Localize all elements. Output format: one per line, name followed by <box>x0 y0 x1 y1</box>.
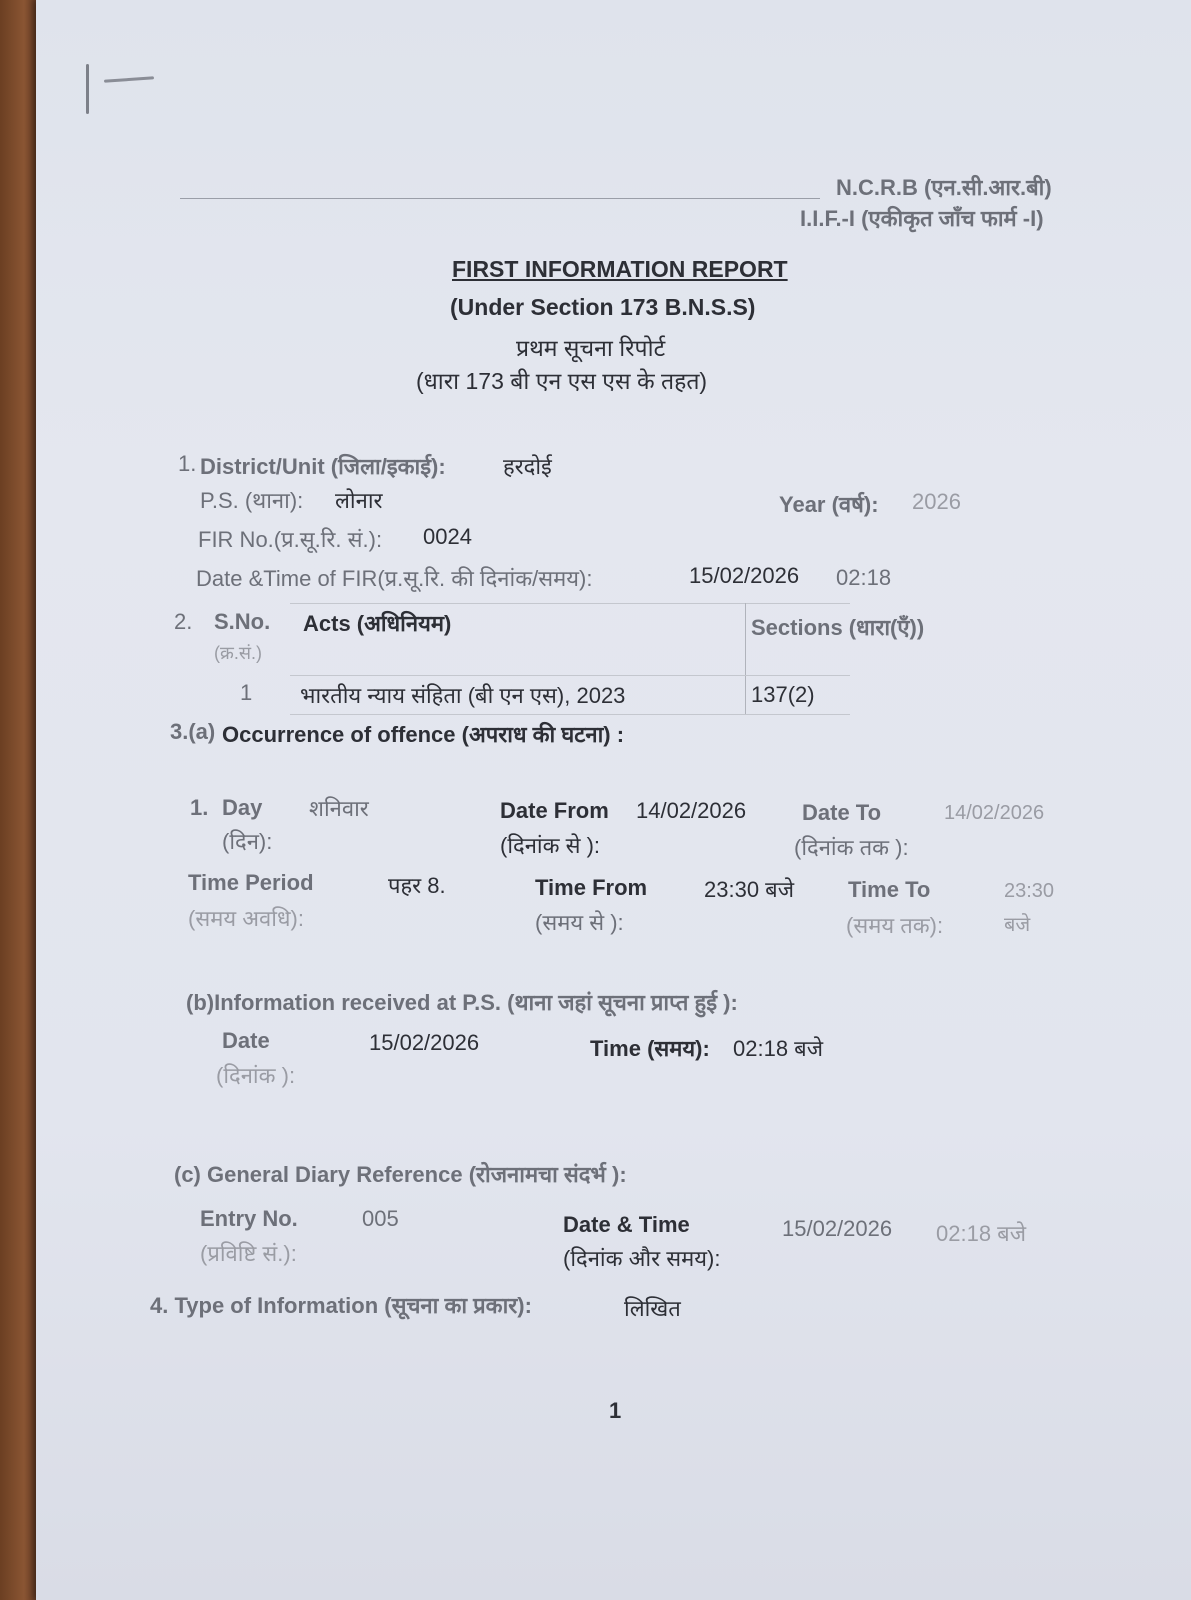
fir-datetime-label: Date &Time of FIR(प्र.सू.रि. की दिनांक/स… <box>196 563 592 593</box>
report-subtitle-hindi: (धारा 173 बी एन एस एस के तहत) <box>416 364 707 396</box>
section3b-title: (b)Information received at P.S. (थाना जह… <box>186 987 738 1017</box>
time-period-value: पहर 8. <box>388 870 446 900</box>
table-rule-bottom <box>290 714 850 715</box>
row-sno: 1 <box>240 680 252 706</box>
section3a-number: 3.(a) <box>170 719 215 745</box>
row-act: भारतीय न्याय संहिता (बी एन एस), 2023 <box>300 680 625 710</box>
agency-label: N.C.R.B (एन.सी.आर.बी) <box>836 172 1052 202</box>
day-label-hindi: (दिन): <box>222 826 272 856</box>
time-period-label-hindi: (समय अवधि): <box>188 903 304 933</box>
received-time-value: 02:18 बजे <box>733 1033 823 1063</box>
time-from-value: 23:30 बजे <box>704 874 794 904</box>
day-label: Day <box>222 795 262 821</box>
entry-number-value: 005 <box>362 1206 399 1232</box>
time-to-label-hindi: (समय तक): <box>846 910 943 940</box>
information-type-label: 4. Type of Information (सूचना का प्रकार)… <box>150 1290 532 1320</box>
table-rule-mid <box>290 675 850 676</box>
fir-number-label: FIR No.(प्र.सू.रि. सं.): <box>198 524 382 554</box>
fir-time-value: 02:18 <box>836 565 891 591</box>
date-from-label-hindi: (दिनांक से ): <box>500 830 600 860</box>
time-period-label: Time Period <box>188 870 314 896</box>
pen-mark <box>86 64 89 114</box>
year-value: 2026 <box>912 489 961 515</box>
day-number: 1. <box>190 795 208 821</box>
report-title: FIRST INFORMATION REPORT <box>452 256 788 283</box>
date-to-label-hindi: (दिनांक तक ): <box>794 832 909 862</box>
police-station-label: P.S. (थाना): <box>200 485 303 515</box>
column-header-sno: S.No. <box>214 609 270 635</box>
column-header-sno-hindi: (क्र.सं.) <box>214 641 262 665</box>
section3c-title: (c) General Diary Reference (रोजनामचा सं… <box>174 1159 627 1189</box>
time-from-label-hindi: (समय से ): <box>535 907 624 937</box>
desk-background <box>0 0 40 1600</box>
report-title-hindi: प्रथम सूचना रिपोर्ट <box>516 331 665 363</box>
section2-number: 2. <box>174 609 192 635</box>
report-subtitle: (Under Section 173 B.N.S.S) <box>450 294 755 321</box>
gd-time-value: 02:18 बजे <box>936 1218 1026 1248</box>
time-to-value: 23:30 <box>1004 880 1054 903</box>
gd-datetime-label: Date & Time <box>563 1212 690 1238</box>
police-station-value: लोनार <box>335 485 383 515</box>
received-date-value: 15/02/2026 <box>369 1030 479 1056</box>
table-rule-top <box>290 603 850 604</box>
fir-document-page <box>36 0 1191 1600</box>
date-from-label: Date From <box>500 798 609 824</box>
form-label: I.I.F.-I (एकीकृत जाँच फार्म -I) <box>800 203 1044 233</box>
date-to-label: Date To <box>802 800 881 826</box>
gd-datetime-label-hindi: (दिनांक और समय): <box>563 1243 720 1273</box>
fir-number-value: 0024 <box>423 524 472 550</box>
column-header-acts: Acts (अधिनियम) <box>303 608 451 638</box>
gd-date-value: 15/02/2026 <box>782 1216 892 1242</box>
day-value: शनिवार <box>309 793 369 823</box>
header-rule <box>180 198 820 199</box>
time-to-label: Time To <box>848 877 930 903</box>
time-to-suffix: बजे <box>1004 910 1030 937</box>
section3a-title: Occurrence of offence (अपराध की घटना) : <box>222 719 624 749</box>
date-to-value: 14/02/2026 <box>944 802 1044 825</box>
information-type-value: लिखित <box>624 1293 681 1323</box>
time-from-label: Time From <box>535 875 647 901</box>
fir-date-value: 15/02/2026 <box>689 563 799 589</box>
district-value: हरदोई <box>503 451 552 481</box>
section1-number: 1. <box>178 451 196 477</box>
received-time-label: Time (समय): <box>590 1033 710 1063</box>
district-label: District/Unit (जिला/इकाई): <box>200 451 446 481</box>
entry-number-label: Entry No. <box>200 1206 298 1232</box>
table-rule-col <box>745 603 746 715</box>
received-date-label-hindi: (दिनांक ): <box>216 1060 295 1090</box>
page-number: 1 <box>609 1398 621 1424</box>
column-header-sections: Sections (धारा(एँ)) <box>751 612 924 642</box>
date-from-value: 14/02/2026 <box>636 798 746 824</box>
entry-number-label-hindi: (प्रविष्टि सं.): <box>200 1238 297 1268</box>
year-label: Year (वर्ष): <box>779 489 879 519</box>
received-date-label: Date <box>222 1028 270 1054</box>
row-section: 137(2) <box>751 682 815 708</box>
